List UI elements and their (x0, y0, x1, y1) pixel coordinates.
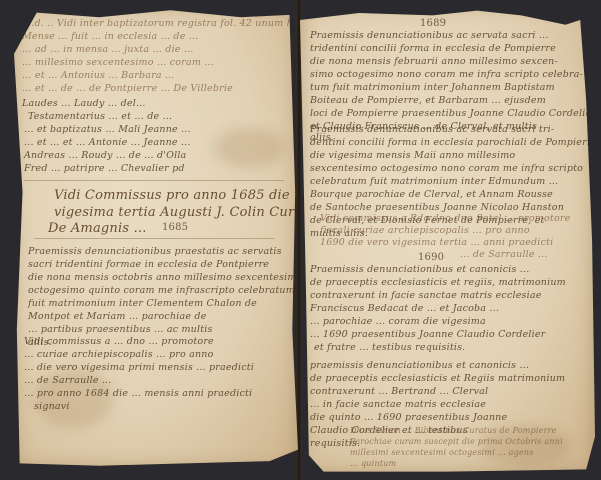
text-line: de Santoche praesentibus Joanne Nicolao … (310, 202, 564, 213)
text-line: Praemissis denunciationibus praestatis a… (28, 246, 282, 257)
visa-note-line: fiscali curiae archiepiscopalis ... pro … (320, 225, 530, 236)
text-line: ... parochiae ... coram die vigesima (310, 316, 486, 327)
text-line: die quinto ... 1690 praesentibus Joanne (310, 412, 507, 423)
text-line: ... die vero vigesima primi mensis ... p… (24, 362, 254, 373)
text-line: die nona mensis octobris anno millesimo … (28, 272, 303, 283)
right-page: 1689 Praemissis denunciationibus ac serv… (300, 6, 595, 474)
text-line: ... et ... Antonius ... Barbara ... (22, 70, 175, 81)
text-line: Vidi commissus a ... dno ... promotore (24, 336, 214, 347)
text-line: celebratum fuit matrimonium inter Edmund… (310, 176, 558, 187)
text-line: die vigesima mensis Maii anno millesimo (310, 150, 515, 161)
text-line: ... partibus praesentibus ... ac multis (28, 324, 213, 335)
text-line: ... 1690 praesentibus Joanne Claudio Cor… (310, 329, 545, 340)
text-line: ... in facie sanctae matris ecclesiae (310, 399, 486, 410)
text-line: loci de Pompierre praesentibus Joanne Cl… (310, 108, 596, 119)
text-line: contraxerunt in facie sanctae matris ecc… (310, 290, 542, 301)
text-line: octogesimo quinto coram me infrascripto … (28, 285, 295, 296)
text-line: Andreas ... Roudy ... de ... d'Olla (24, 150, 186, 161)
text-line: ... et baptizatus ... Mali Jeanne ... (24, 124, 191, 135)
vidi-note-line: vigesima tertia Augusti J. Colin Curatus (54, 205, 323, 220)
text-line: sexcentesimo octogesimo nono coram me in… (310, 163, 583, 174)
text-line: ... de Sarraulle ... (24, 375, 112, 386)
text-line: praemissis denunciationibus et canonicis… (310, 360, 529, 371)
text-line: dentini concilii forma in ecclesia paroc… (310, 137, 597, 148)
visa-note-line: ... de Sarraulle ... (460, 249, 548, 260)
text-line: die nona mensis februarii anno millesimo… (310, 56, 558, 67)
left-page: ..d. .. Vidi inter baptizatorum registra… (14, 8, 298, 468)
text-line: ... et ... et ... Antonie ... Jeanne ... (24, 137, 191, 148)
curate-note-line: Dnus Simon ... Bibentinus Curatus de Pom… (350, 426, 557, 435)
book-gutter (296, 0, 302, 480)
text-line: Praemissis denunciationibus et canonicis… (310, 264, 529, 275)
curate-note-line: ... quintum (350, 459, 396, 468)
divider-line (24, 180, 284, 181)
text-line: Fred ... patripre ... Chevalier pd (24, 163, 185, 174)
text-line: Franciscus Bedacat de ... et Jacoba ... (310, 303, 499, 314)
text-line: ... ad ... in mensa ... juxta ... die ..… (22, 44, 194, 55)
visa-note-line: Vidi commissus a Rdo dno dno Sotel ... p… (320, 213, 570, 224)
text-line: sacri tridentini formae in ecclesia de P… (28, 259, 269, 270)
text-line: et fratre ... testibus requisitis. (314, 342, 465, 353)
text-line: Bourque parochiae de Clerval, et Annam R… (310, 189, 553, 200)
text-line: Praemissis denunciationibus ac servata s… (310, 30, 549, 41)
text-line: de praeceptis ecclesiasticis et Regiis m… (310, 373, 565, 384)
text-line: Praemissis denunciationibus ac servata s… (310, 124, 554, 135)
text-line: tum fuit matrimonium inter Johannem Bapt… (310, 82, 555, 93)
text-line: Laudes ... Laudy ... del... (22, 98, 146, 109)
text-line: Mense ... fuit ... in ecclesia ... de ..… (22, 31, 198, 42)
visa-note-line: 1690 die vero vigesima tertia ... anni p… (320, 237, 553, 248)
curate-note-line: millesimi sexcentesimi octogesimi ... ag… (350, 448, 534, 457)
divider-line (34, 238, 274, 239)
text-line: Montpot et Mariam ... parochiae de (28, 311, 207, 322)
text-line: fuit matrimonium inter Clementem Chalon … (28, 298, 257, 309)
text-line: simo octogesimo nono coram me infra scri… (310, 69, 583, 80)
signature: signavi (34, 401, 70, 412)
text-line: ... pro anno 1684 die ... mensis anni pr… (24, 388, 252, 399)
year-mark: 1685 (162, 222, 188, 233)
curate-note-line: Parochiae curam suscepit die prima Octob… (350, 437, 563, 446)
text-line: ... millesimo sexcentesimo ... coram ... (22, 57, 214, 68)
paper-stain (214, 128, 284, 168)
text-line: ... et ... de ... de Pontpierre ... De V… (22, 83, 233, 94)
text-line: de praeceptis ecclesiasticis et regiis, … (310, 277, 566, 288)
text-line: tridentini concilii forma in ecclesia de… (310, 43, 556, 54)
text-line: contraxerunt ... Bertrand ... Clerval (310, 386, 488, 397)
year-mark: 1690 (418, 252, 444, 263)
year-mark: 1689 (420, 18, 446, 29)
text-line: Testamentarius ... et ... de ... (28, 111, 172, 122)
text-line: ... curiae archiepiscopalis ... pro anno (24, 349, 214, 360)
text-line: Boiteau de Pompierre, et Barbaram ... ej… (310, 95, 546, 106)
vidi-note-line: De Amagnis ... (48, 221, 147, 236)
vidi-note-line: Vidi Commissus pro anno 1685 die vero (54, 188, 324, 203)
